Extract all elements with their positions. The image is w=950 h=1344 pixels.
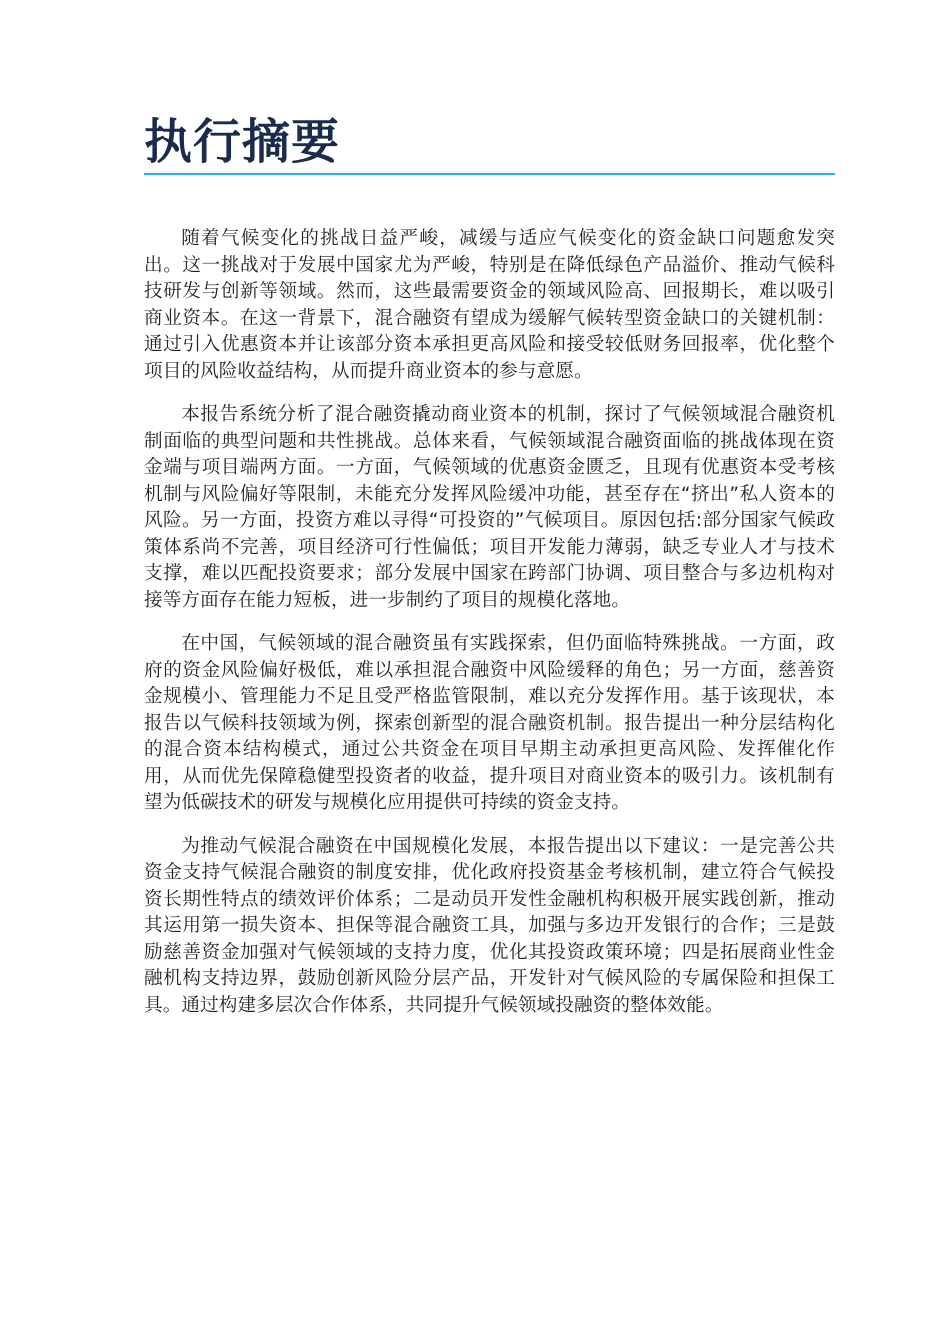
paragraph-2: 本报告系统分析了混合融资撬动商业资本的机制，探讨了气候领域混合融资机制面临的典型…: [144, 402, 835, 614]
paragraph-4: 为推动气候混合融资在中国规模化发展，本报告提出以下建议：一是完善公共资金支持气候…: [144, 834, 835, 1020]
document-body: 随着气候变化的挑战日益严峻，减缓与适应气候变化的资金缺口问题愈发突出。这一挑战对…: [144, 226, 835, 1036]
page-title: 执行摘要: [144, 112, 340, 172]
paragraph-1: 随着气候变化的挑战日益严峻，减缓与适应气候变化的资金缺口问题愈发突出。这一挑战对…: [144, 226, 835, 385]
paragraph-3: 在中国，气候领域的混合融资虽有实践探索，但仍面临特殊挑战。一方面，政府的资金风险…: [144, 631, 835, 817]
title-divider: [144, 173, 835, 175]
